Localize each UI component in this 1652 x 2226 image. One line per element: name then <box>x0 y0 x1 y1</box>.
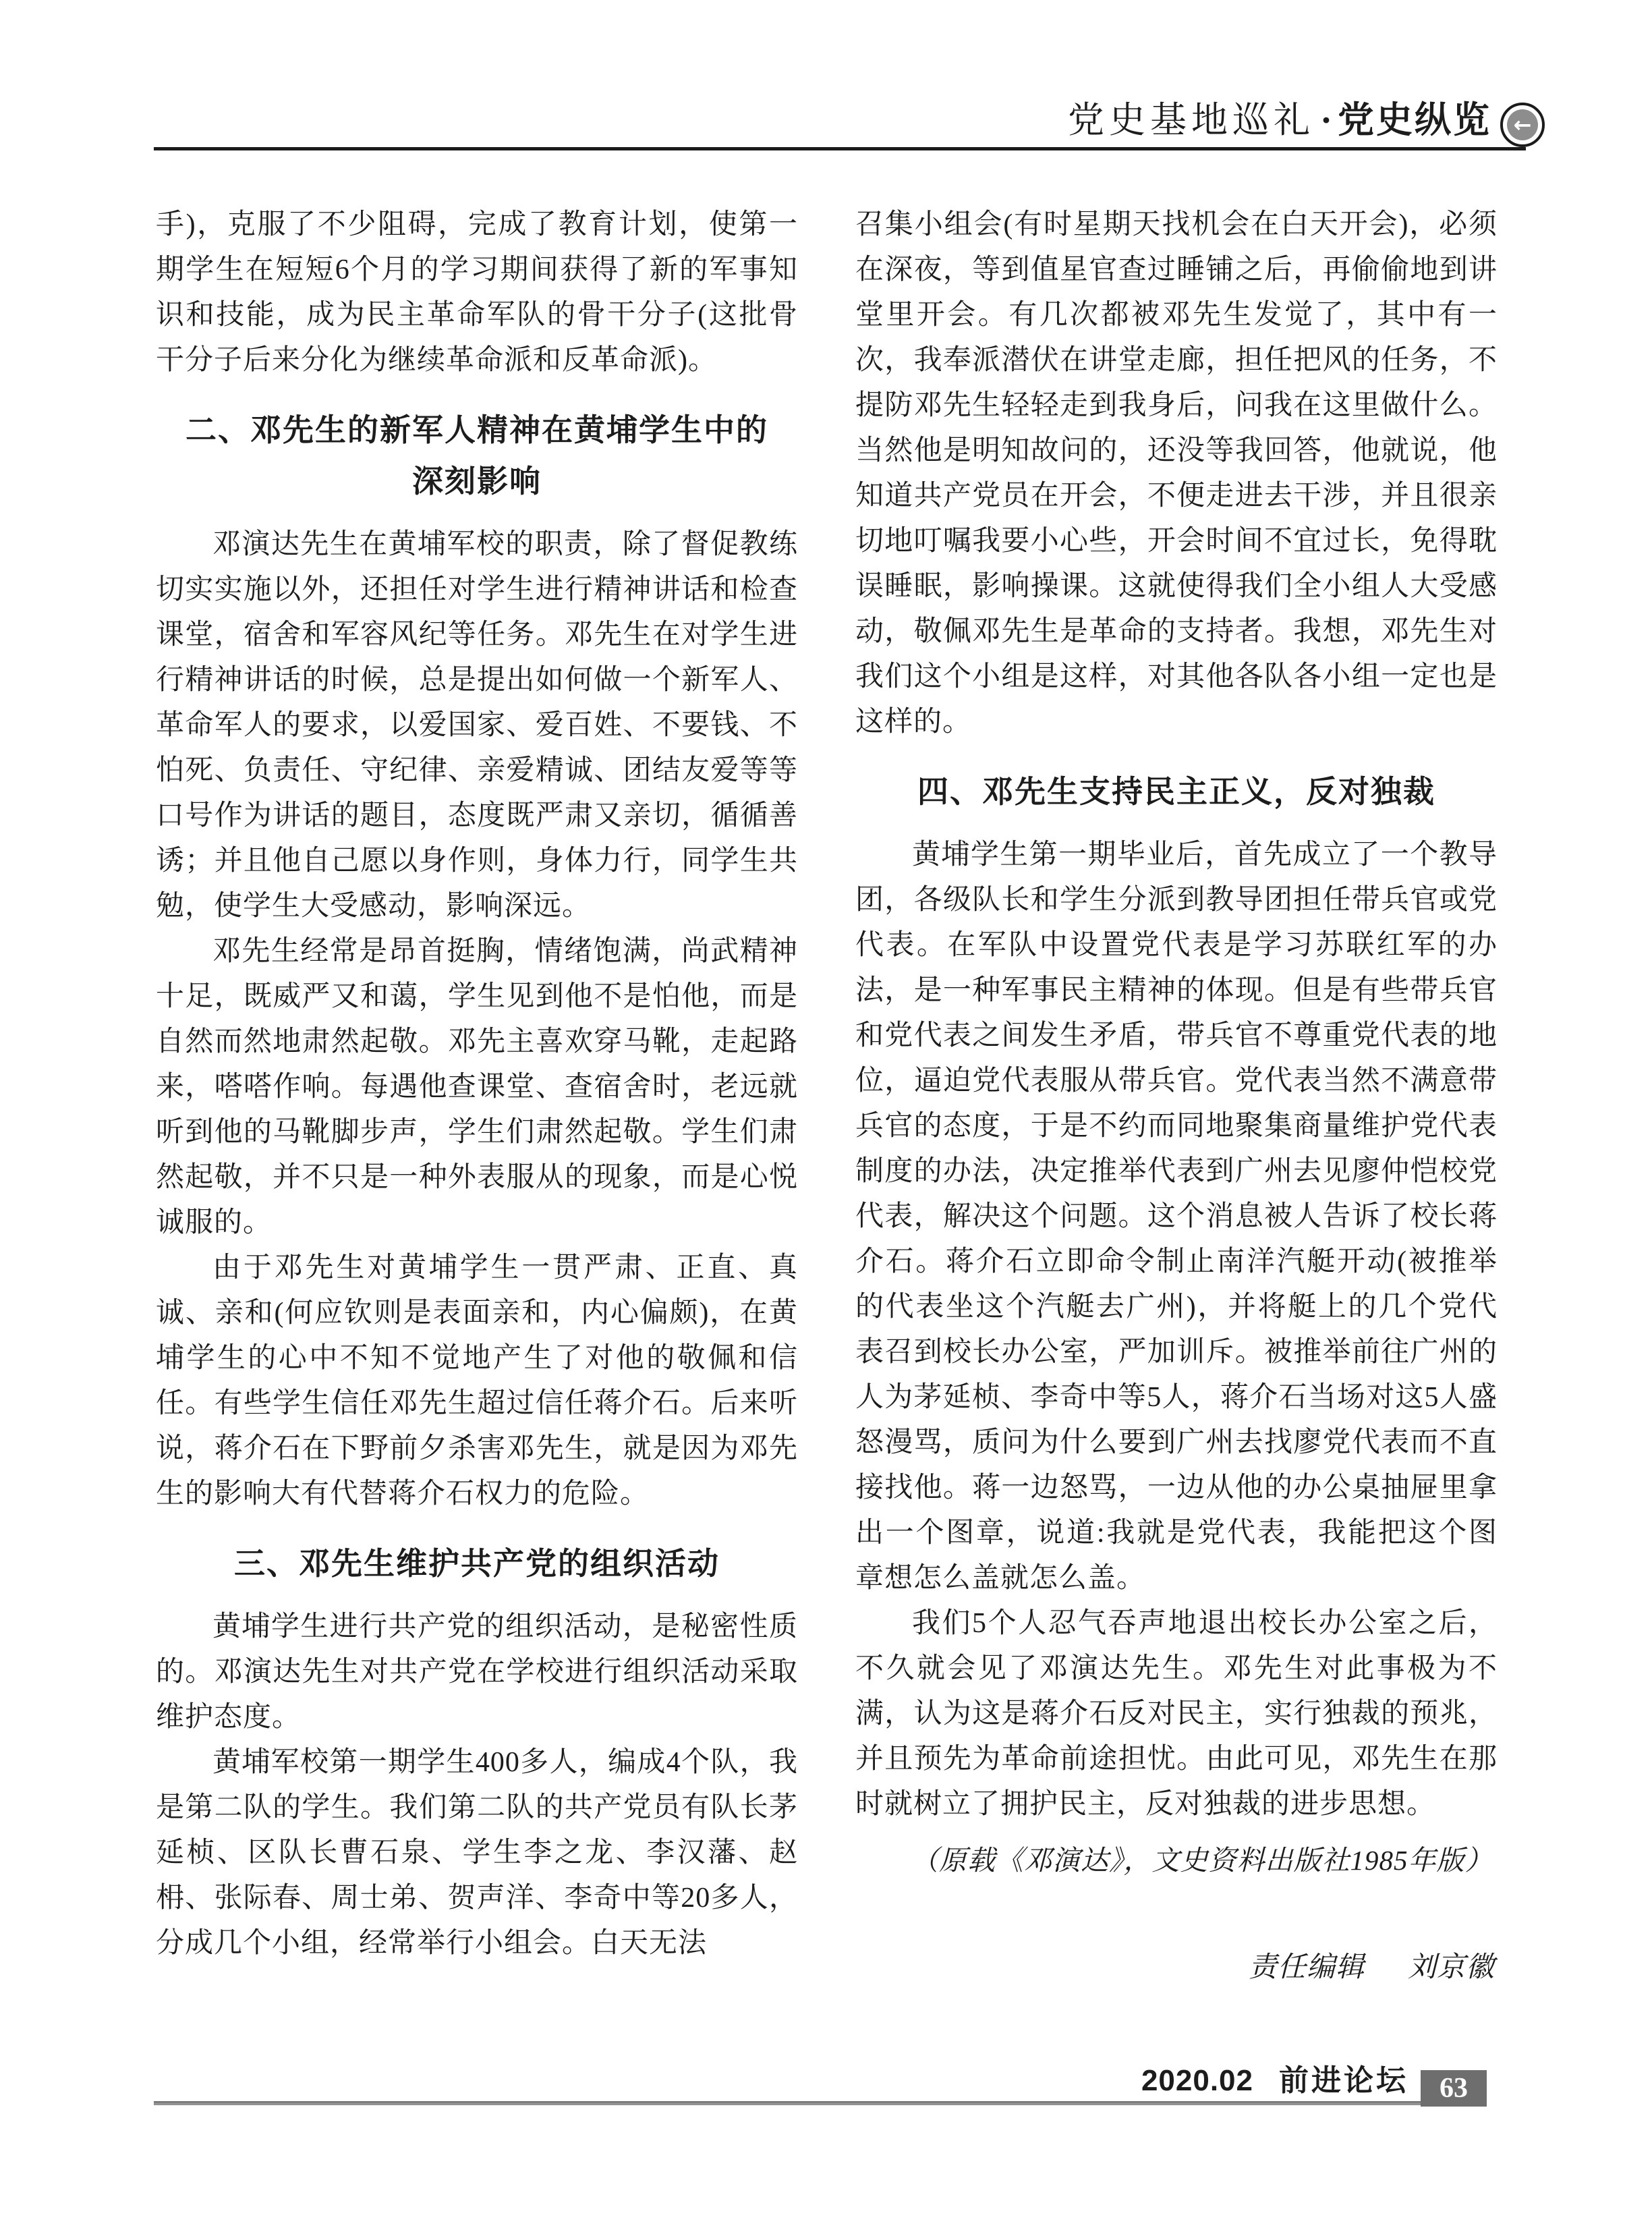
paragraph: 我们5个人忍气吞声地退出校长办公室之后，不久就会见了邓演达先生。邓先生对此事极为… <box>855 1601 1498 1827</box>
heading-section-2: 二、邓先生的新军人精神在黄埔学生中的深刻影响 <box>156 405 798 507</box>
right-column: 召集小组会(有时星期天找机会在白天开会)，必须在深夜，等到值星官查过睡铺之后，再… <box>855 202 1498 1991</box>
arrow-left-icon: ← <box>1500 103 1545 147</box>
header-section-title: 党史纵览 <box>1338 100 1491 140</box>
magazine-page: 党史基地巡礼·党史纵览 ← 手)，克服了不少阻碍，完成了教育计划，使第一期学生在… <box>0 0 1652 2226</box>
header-separator: · <box>1320 100 1332 140</box>
source-citation: （原载《邓演达》，文史资料出版社1985年版） <box>855 1838 1498 1883</box>
heading-line: 四、邓先生支持民主正义，反对独裁 <box>855 767 1498 818</box>
journal-name: 前进论坛 <box>1279 2064 1408 2097</box>
editor-label: 责任编辑 <box>1249 1952 1365 1983</box>
issue-date: 2020.02 <box>1141 2064 1253 2097</box>
arrow-left-glyph: ← <box>1507 109 1538 140</box>
footer-rule <box>154 2101 1421 2105</box>
paragraph: 邓先生经常是昂首挺胸，情绪饱满，尚武精神十足，既威严又和蔼，学生见到他不是怕他，… <box>156 929 798 1246</box>
heading-line: 三、邓先生维护共产党的组织活动 <box>156 1538 798 1590</box>
header-rule <box>154 147 1526 150</box>
paragraph: 黄埔学生进行共产党的组织活动，是秘密性质的。邓演达先生对共产党在学校进行组织活动… <box>156 1605 798 1740</box>
heading-section-4: 四、邓先生支持民主正义，反对独裁 <box>855 767 1498 818</box>
paragraph: 由于邓先生对黄埔学生一贯严肃、正直、真诚、亲和(何应钦则是表面亲和，内心偏颇)，… <box>156 1246 798 1517</box>
page-number-badge: 63 <box>1421 2070 1487 2107</box>
paragraph: 黄埔学生第一期毕业后，首先成立了一个教导团，各级队长和学生分派到教导团担任带兵官… <box>855 833 1498 1601</box>
header-band: 党史基地巡礼·党史纵览 <box>1068 99 1491 142</box>
editor-name: 刘京徽 <box>1408 1952 1495 1983</box>
header-kicker: 党史基地巡礼 <box>1068 100 1315 140</box>
heading-line: 二、邓先生的新军人精神在黄埔学生中的 <box>156 405 798 456</box>
left-column: 手)，克服了不少阻碍，完成了教育计划，使第一期学生在短短6个月的学习期间获得了新… <box>156 202 798 1966</box>
paragraph: 召集小组会(有时星期天找机会在白天开会)，必须在深夜，等到值星官查过睡铺之后，再… <box>855 202 1498 745</box>
heading-section-3: 三、邓先生维护共产党的组织活动 <box>156 1538 798 1590</box>
paragraph: 黄埔军校第一期学生400多人，编成4个队，我是第二队的学生。我们第二队的共产党员… <box>156 1740 798 1966</box>
footer-band: 2020.02前进论坛 <box>1141 2063 1408 2098</box>
heading-line: 深刻影响 <box>156 456 798 507</box>
editor-line: 责任编辑刘京徽 <box>855 1945 1498 1991</box>
paragraph: 邓演达先生在黄埔军校的职责，除了督促教练切实实施以外，还担任对学生进行精神讲话和… <box>156 522 798 929</box>
paragraph: 手)，克服了不少阻碍，完成了教育计划，使第一期学生在短短6个月的学习期间获得了新… <box>156 202 798 383</box>
